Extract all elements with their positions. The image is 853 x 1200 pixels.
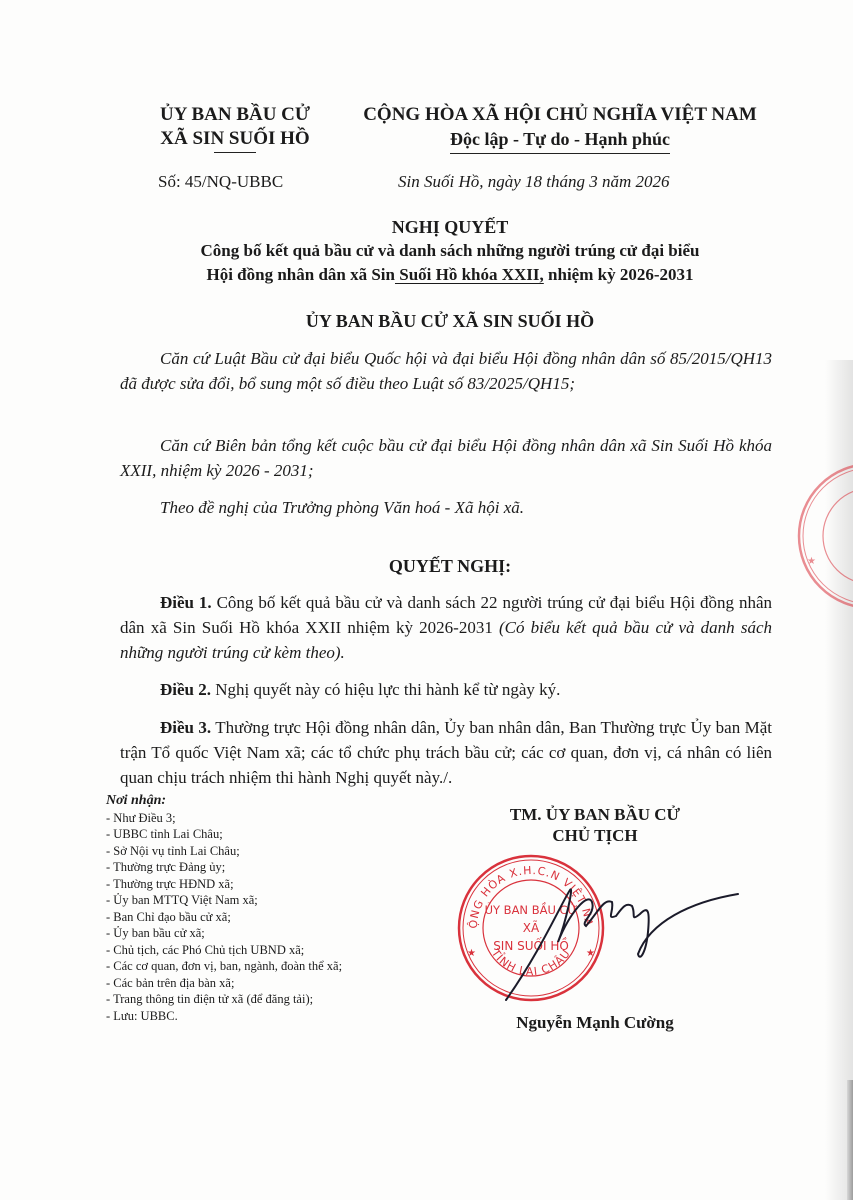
recipients-list: Nơi nhận: Như Điều 3;UBBC tỉnh Lai Châu;… <box>106 793 426 1024</box>
partial-stamp-icon: ★ <box>795 460 853 612</box>
recipient-item: Thường trực HĐND xã; <box>106 876 426 893</box>
recipient-item: Ủy ban MTTQ Việt Nam xã; <box>106 892 426 909</box>
preamble-3: Theo đề nghị của Trưởng phòng Văn hoá - … <box>120 495 772 520</box>
handwritten-signature-icon <box>500 862 740 1012</box>
subject-line-1: Công bố kết quả bầu cử và danh sách nhữn… <box>110 239 790 263</box>
signature-on-behalf: TM. ỦY BAN BẦU CỬ <box>470 804 720 825</box>
subject-underlined-text: Suối Hồ khóa XXII, <box>395 265 544 284</box>
nation-name: CỘNG HÒA XÃ HỘI CHỦ NGHĨA VIỆT NAM <box>340 103 780 127</box>
recipients-heading: Nơi nhận: <box>106 793 426 810</box>
agency-line-2: XÃ SIN SUỐI HỒ <box>130 127 340 151</box>
article-label: Điều 2. <box>160 680 211 699</box>
recipient-items: Như Điều 3;UBBC tỉnh Lai Châu;Sở Nội vụ … <box>106 810 426 1025</box>
issuing-agency: ỦY BAN BẦU CỬ XÃ SIN SUỐI HỒ <box>130 103 340 153</box>
recipient-item: Ban Chỉ đạo bầu cử xã; <box>106 909 426 926</box>
page-edge <box>847 1080 853 1200</box>
recipient-item: Như Điều 3; <box>106 810 426 827</box>
document-title: NGHỊ QUYẾT Công bố kết quả bầu cử và dan… <box>110 215 790 287</box>
recipient-item: Chủ tịch, các Phó Chủ tịch UBND xã; <box>106 942 426 959</box>
document-type: NGHỊ QUYẾT <box>110 215 790 239</box>
article-3: Điều 3. Thường trực Hội đồng nhân dân, Ủ… <box>120 715 772 790</box>
signer-name: Nguyễn Mạnh Cường <box>470 1013 720 1033</box>
recipient-item: UBBC tỉnh Lai Châu; <box>106 826 426 843</box>
preamble-2: Căn cứ Biên bản tổng kết cuộc bầu cử đại… <box>120 433 772 483</box>
article-1: Điều 1. Công bố kết quả bầu cử và danh s… <box>120 590 772 665</box>
svg-text:★: ★ <box>467 948 476 959</box>
recipient-item: Thường trực Đảng ủy; <box>106 859 426 876</box>
subject-line-2: Hội đồng nhân dân xã Sin Suối Hồ khóa XX… <box>110 263 790 287</box>
decision-heading: QUYẾT NGHỊ: <box>110 556 790 577</box>
subject-text: nhiệm kỳ 2026-2031 <box>544 265 694 284</box>
agency-underline <box>214 152 256 153</box>
signature-position: CHỦ TỊCH <box>470 825 720 846</box>
recipient-item: Các cơ quan, đơn vị, ban, ngành, đoàn th… <box>106 958 426 975</box>
article-label: Điều 3. <box>160 718 211 737</box>
subject-text: Hội đồng nhân dân xã Sin <box>206 265 395 284</box>
recipient-item: Sở Nội vụ tỉnh Lai Châu; <box>106 843 426 860</box>
signature-block: TM. ỦY BAN BẦU CỬ CHỦ TỊCH <box>470 804 720 846</box>
place-date: Sin Suối Hồ, ngày 18 tháng 3 năm 2026 <box>398 172 670 192</box>
recipient-item: Các bản trên địa bàn xã; <box>106 975 426 992</box>
article-text: Thường trực Hội đồng nhân dân, Ủy ban nh… <box>120 718 772 787</box>
issuer-heading: ỦY BAN BẦU CỬ XÃ SIN SUỐI HỒ <box>110 311 790 332</box>
recipient-item: Ủy ban bầu cử xã; <box>106 925 426 942</box>
article-text: Nghị quyết này có hiệu lực thi hành kể t… <box>211 680 560 699</box>
preamble-1: Căn cứ Luật Bầu cử đại biểu Quốc hội và … <box>120 346 772 396</box>
recipient-item: Trang thông tin điện tử xã (để đăng tải)… <box>106 991 426 1008</box>
svg-text:★: ★ <box>807 556 816 567</box>
national-header: CỘNG HÒA XÃ HỘI CHỦ NGHĨA VIỆT NAM Độc l… <box>340 103 780 152</box>
agency-line-1: ỦY BAN BẦU CỬ <box>130 103 340 127</box>
document-number: Số: 45/NQ-UBBC <box>158 172 283 192</box>
national-motto: Độc lập - Tự do - Hạnh phúc <box>450 127 670 151</box>
article-2: Điều 2. Nghị quyết này có hiệu lực thi h… <box>120 677 772 702</box>
recipient-item: Lưu: UBBC. <box>106 1008 426 1025</box>
article-label: Điều 1. <box>160 593 212 612</box>
